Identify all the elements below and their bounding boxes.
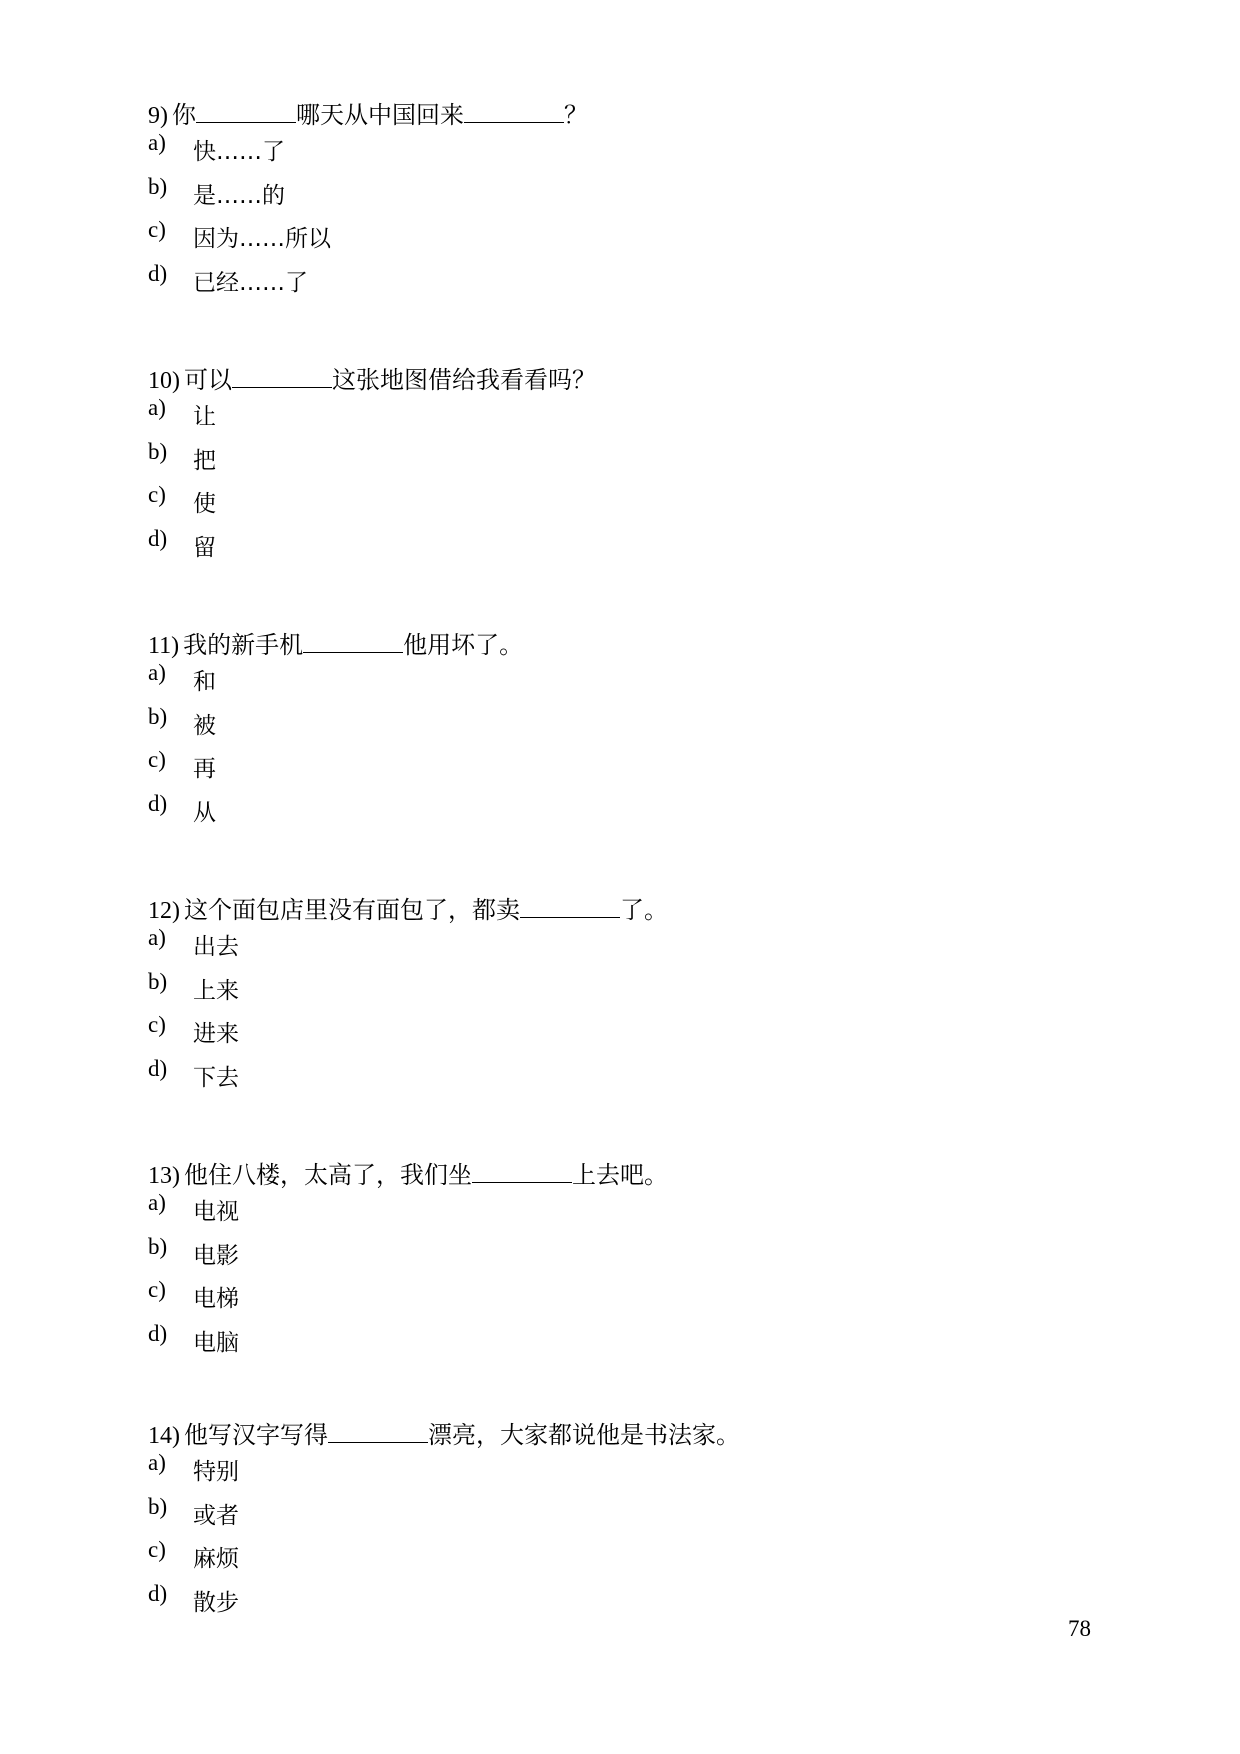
option-text: 或者: [193, 1502, 239, 1530]
question-9: 9)你哪天从中国回来？ a)快……了 b)是……的 c)因为……所以 d)已经……: [148, 100, 1048, 304]
option-text: 电视: [193, 1198, 239, 1226]
option-letter: b): [148, 174, 167, 200]
option-a[interactable]: a)让: [148, 395, 1048, 439]
answer-blank: [232, 365, 332, 388]
question-stem: 14)他写汉字写得漂亮，大家都说他是书法家。: [148, 1420, 1048, 1450]
question-number: 11): [148, 633, 179, 659]
option-d[interactable]: d)散步: [148, 1581, 1048, 1625]
option-letter: a): [148, 130, 166, 156]
option-letter: c): [148, 217, 166, 243]
answer-blank: [328, 1420, 428, 1443]
question-number: 9): [148, 103, 168, 129]
option-c[interactable]: c)因为……所以: [148, 217, 1048, 261]
option-a[interactable]: a)特别: [148, 1450, 1048, 1494]
option-letter: b): [148, 439, 167, 465]
option-text: 被: [193, 712, 216, 740]
stem-text: 你: [172, 103, 196, 129]
option-text: 特别: [193, 1458, 239, 1486]
question-14: 14)他写汉字写得漂亮，大家都说他是书法家。 a)特别 b)或者 c)麻烦 d)…: [148, 1420, 1048, 1624]
question-number: 12): [148, 898, 180, 924]
stem-text: 他住八楼，太高了，我们坐: [184, 1163, 472, 1189]
option-letter: c): [148, 1277, 166, 1303]
stem-text: 这个面包店里没有面包了，都卖: [184, 898, 520, 924]
option-d[interactable]: d)下去: [148, 1056, 1048, 1100]
option-c[interactable]: c)麻烦: [148, 1537, 1048, 1581]
option-text: 进来: [193, 1020, 239, 1048]
option-text: 再: [193, 755, 216, 783]
stem-text: 上去吧。: [572, 1163, 668, 1189]
option-letter: b): [148, 969, 167, 995]
option-b[interactable]: b)上来: [148, 969, 1048, 1013]
stem-text: 他用坏了。: [403, 633, 523, 659]
option-text: 电梯: [193, 1285, 239, 1313]
option-a[interactable]: a)快……了: [148, 130, 1048, 174]
question-number: 14): [148, 1423, 180, 1449]
option-text: 是……的: [193, 182, 285, 210]
option-d[interactable]: d)已经……了: [148, 261, 1048, 305]
option-letter: c): [148, 482, 166, 508]
question-number: 13): [148, 1163, 180, 1189]
option-letter: d): [148, 526, 167, 552]
option-a[interactable]: a)出去: [148, 925, 1048, 969]
answer-blank: [472, 1160, 572, 1183]
option-text: 快……了: [193, 138, 285, 166]
option-letter: a): [148, 925, 166, 951]
option-d[interactable]: d)电脑: [148, 1321, 1048, 1365]
stem-text: 我的新手机: [183, 633, 303, 659]
stem-text: 哪天从中国回来: [296, 103, 464, 129]
question-13: 13)他住八楼，太高了，我们坐上去吧。 a)电视 b)电影 c)电梯 d)电脑: [148, 1160, 1048, 1364]
answer-blank: [196, 100, 296, 123]
question-stem: 13)他住八楼，太高了，我们坐上去吧。: [148, 1160, 1048, 1190]
question-stem: 11)我的新手机他用坏了。: [148, 630, 1048, 660]
option-list: a)特别 b)或者 c)麻烦 d)散步: [148, 1450, 1048, 1624]
option-b[interactable]: b)电影: [148, 1234, 1048, 1278]
option-d[interactable]: d)从: [148, 791, 1048, 835]
answer-blank: [464, 100, 564, 123]
answer-blank: [520, 895, 620, 918]
stem-text: 他写汉字写得: [184, 1423, 328, 1449]
option-letter: c): [148, 1537, 166, 1563]
option-text: 下去: [193, 1064, 239, 1092]
question-10: 10)可以这张地图借给我看看吗？ a)让 b)把 c)使 d)留: [148, 365, 1048, 569]
option-list: a)让 b)把 c)使 d)留: [148, 395, 1048, 569]
option-letter: b): [148, 704, 167, 730]
option-letter: a): [148, 395, 166, 421]
question-11: 11)我的新手机他用坏了。 a)和 b)被 c)再 d)从: [148, 630, 1048, 834]
option-b[interactable]: b)把: [148, 439, 1048, 483]
option-d[interactable]: d)留: [148, 526, 1048, 570]
option-text: 上来: [193, 977, 239, 1005]
page-number: 78: [1068, 1616, 1091, 1642]
question-stem: 10)可以这张地图借给我看看吗？: [148, 365, 1048, 395]
option-letter: d): [148, 1581, 167, 1607]
stem-text: 可以: [184, 368, 232, 394]
option-list: a)出去 b)上来 c)进来 d)下去: [148, 925, 1048, 1099]
question-stem: 9)你哪天从中国回来？: [148, 100, 1048, 130]
option-letter: a): [148, 1450, 166, 1476]
option-letter: a): [148, 1190, 166, 1216]
stem-text: 了。: [620, 898, 668, 924]
option-text: 使: [193, 490, 216, 518]
option-letter: a): [148, 660, 166, 686]
option-list: a)快……了 b)是……的 c)因为……所以 d)已经……了: [148, 130, 1048, 304]
option-letter: d): [148, 791, 167, 817]
option-text: 把: [193, 447, 216, 475]
option-a[interactable]: a)和: [148, 660, 1048, 704]
option-c[interactable]: c)进来: [148, 1012, 1048, 1056]
option-text: 出去: [193, 933, 239, 961]
option-text: 电脑: [193, 1329, 239, 1357]
stem-text: ？: [564, 103, 588, 129]
answer-blank: [303, 630, 403, 653]
question-number: 10): [148, 368, 180, 394]
stem-text: 漂亮，大家都说他是书法家。: [428, 1423, 740, 1449]
option-letter: c): [148, 747, 166, 773]
option-c[interactable]: c)电梯: [148, 1277, 1048, 1321]
option-text: 留: [193, 534, 216, 562]
option-text: 散步: [193, 1589, 239, 1617]
option-b[interactable]: b)是……的: [148, 174, 1048, 218]
option-text: 从: [193, 799, 216, 827]
option-text: 因为……所以: [193, 225, 331, 253]
option-text: 电影: [193, 1242, 239, 1270]
option-b[interactable]: b)被: [148, 704, 1048, 748]
option-text: 让: [193, 403, 216, 431]
option-c[interactable]: c)使: [148, 482, 1048, 526]
option-letter: d): [148, 1056, 167, 1082]
option-letter: c): [148, 1012, 166, 1038]
option-letter: d): [148, 1321, 167, 1347]
option-text: 和: [193, 668, 216, 696]
option-list: a)和 b)被 c)再 d)从: [148, 660, 1048, 834]
option-c[interactable]: c)再: [148, 747, 1048, 791]
question-12: 12)这个面包店里没有面包了，都卖了。 a)出去 b)上来 c)进来 d)下去: [148, 895, 1048, 1099]
stem-text: 这张地图借给我看看吗？: [332, 368, 596, 394]
option-b[interactable]: b)或者: [148, 1494, 1048, 1538]
option-text: 已经……了: [193, 269, 308, 297]
option-list: a)电视 b)电影 c)电梯 d)电脑: [148, 1190, 1048, 1364]
option-letter: d): [148, 261, 167, 287]
option-text: 麻烦: [193, 1545, 239, 1573]
option-letter: b): [148, 1234, 167, 1260]
option-letter: b): [148, 1494, 167, 1520]
option-a[interactable]: a)电视: [148, 1190, 1048, 1234]
question-stem: 12)这个面包店里没有面包了，都卖了。: [148, 895, 1048, 925]
